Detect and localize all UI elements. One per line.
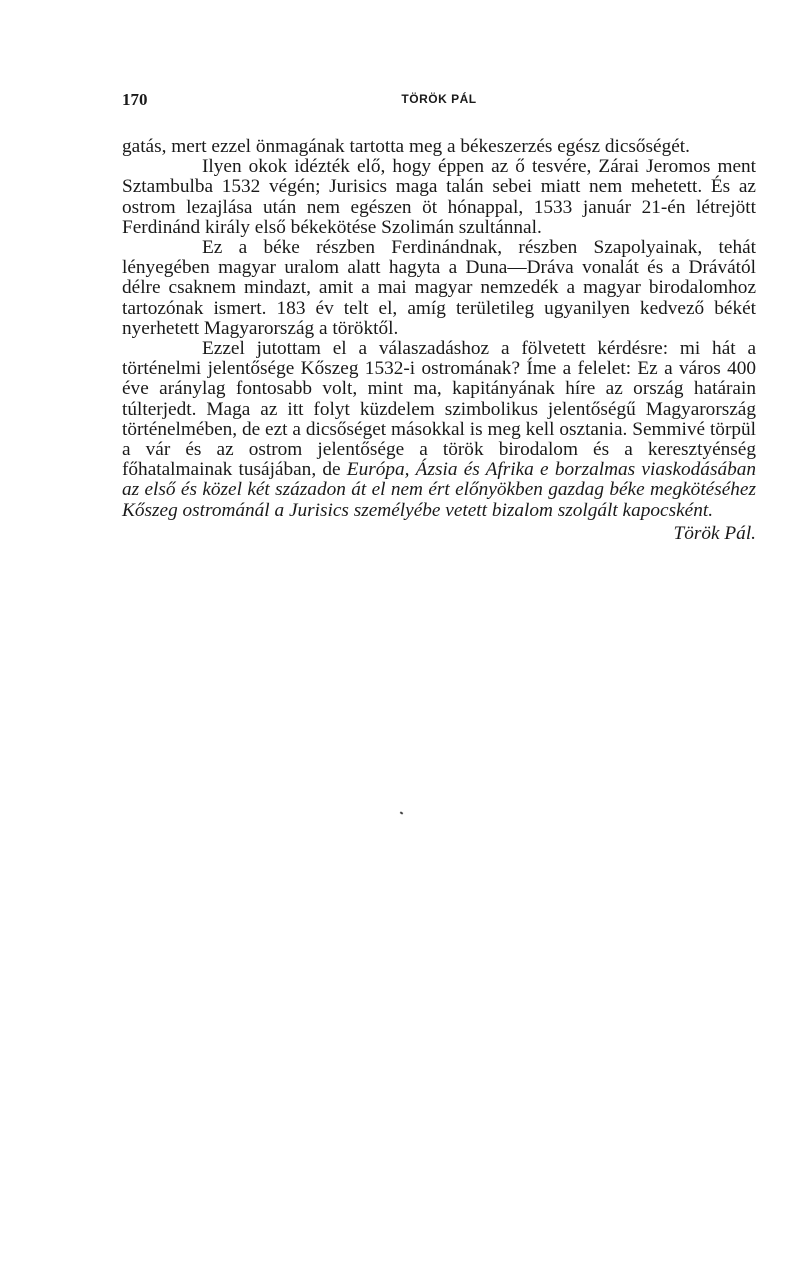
paragraph-text: Ilyen okok idézték elő, hogy éppen az ő …: [122, 156, 756, 238]
page-header: 170 TÖRÖK PÁL: [122, 90, 756, 110]
running-head: TÖRÖK PÁL: [122, 92, 756, 106]
body-text: gatás, mert ezzel önmagának tartotta meg…: [122, 137, 756, 544]
paragraph-3: Ez a béke részben Ferdinándnak, részben …: [122, 238, 756, 339]
paragraph-2: Ilyen okok idézték elő, hogy éppen az ő …: [122, 157, 756, 238]
paragraph-text: gatás, mert ezzel önmagának tartotta meg…: [122, 136, 690, 157]
print-speck: [400, 811, 404, 814]
paragraph-text: Ez a béke részben Ferdinándnak, részben …: [122, 237, 756, 339]
author-signature: Török Pál.: [122, 524, 756, 544]
paragraph-4: Ezzel jutottam el a válaszadáshoz a fölv…: [122, 339, 756, 521]
paragraph-1: gatás, mert ezzel önmagának tartotta meg…: [122, 137, 756, 157]
